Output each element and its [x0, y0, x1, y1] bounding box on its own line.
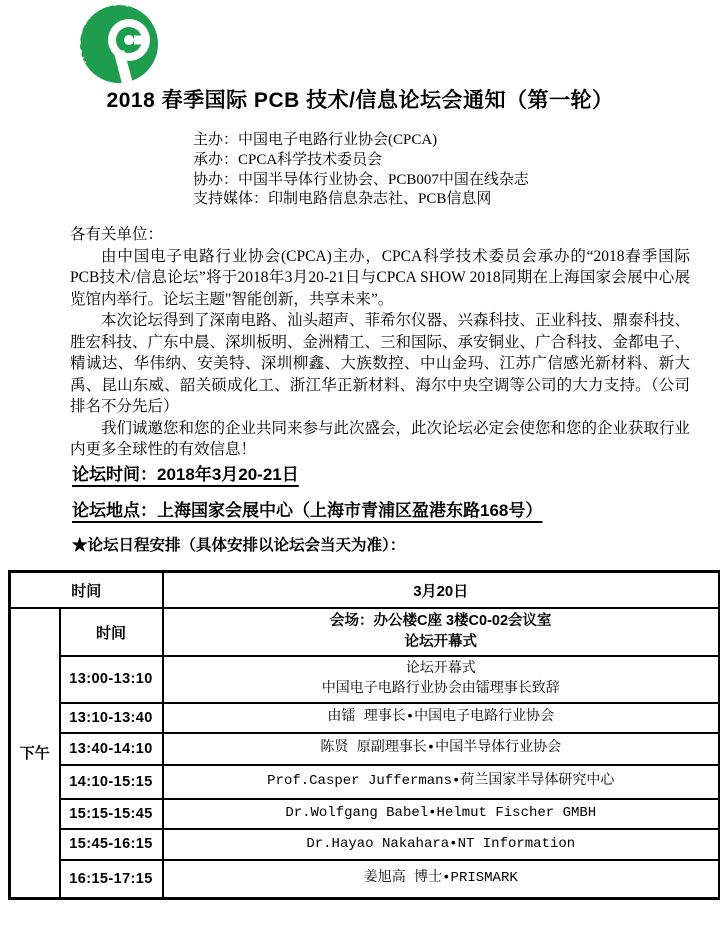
organizer-line-coorganizer: 协办：中国半导体行业协会、PCB007中国在线杂志 [193, 171, 673, 191]
agenda-row: 15:15-15:45 Dr.Wolfgang Babel•Helmut Fis… [10, 799, 720, 829]
time-column-header: 时间 [10, 572, 163, 609]
agenda-content: Prof.Casper Juffermans•荷兰国家半导体研究中心 [163, 765, 720, 799]
agenda-time: 13:10-13:40 [60, 703, 163, 733]
venue-line1: 会场：办公楼C座 3楼C0-02会议室 [168, 611, 715, 632]
agenda-time: 15:15-15:45 [60, 799, 163, 829]
agenda-row: 13:00-13:10 论坛开幕式 中国电子电路行业协会由镭理事长致辞 [10, 656, 720, 703]
salutation: 各有关单位： [70, 224, 690, 246]
agenda-time: 13:00-13:10 [60, 656, 163, 703]
agenda-time: 16:15-17:15 [60, 860, 163, 899]
organizer-line-undertaker: 承办：CPCA科学技术委员会 [193, 151, 673, 171]
table-header-row: 时间 3月20日 [10, 572, 720, 609]
agenda-time: 15:45-16:15 [60, 829, 163, 860]
agenda-content: Dr.Hayao Nakahara•NT Information [163, 829, 720, 860]
body-paragraph-sponsors: 本次论坛得到了深南电路、汕头超声、菲希尔仪器、兴森科技、正业科技、鼎泰科技、胜宏… [70, 310, 690, 418]
date-header: 3月20日 [163, 572, 720, 609]
agenda-content: 由镭 理事长•中国电子电路行业协会 [163, 703, 720, 733]
page-title: 2018 春季国际 PCB 技术/信息论坛会通知（第一轮） [0, 84, 720, 114]
sub-time-header: 时间 [60, 608, 163, 656]
agenda-content-line2: 中国电子电路行业协会由镭理事长致辞 [168, 679, 715, 699]
organizer-line-media: 支持媒体：印制电路信息杂志社、PCB信息网 [193, 190, 673, 210]
agenda-content: 陈贤 原副理事长•中国半导体行业协会 [163, 733, 720, 765]
agenda-heading: ★论坛日程安排（具体安排以论坛会当天为准）： [72, 533, 405, 555]
agenda-content-line1: 论坛开幕式 [168, 659, 715, 679]
venue-cell: 会场：办公楼C座 3楼C0-02会议室 论坛开幕式 [163, 608, 720, 656]
document-page: ASSOCIATION 2018 春季国际 PCB 技术/信息论坛会通知（第一轮… [0, 0, 720, 940]
agenda-row: 16:15-17:15 姜旭高 博士•PRISMARK [10, 860, 720, 899]
agenda-row: 15:45-16:15 Dr.Hayao Nakahara•NT Informa… [10, 829, 720, 860]
agenda-content: 姜旭高 博士•PRISMARK [163, 860, 720, 899]
forum-time-line: 论坛时间：2018年3月20-21日 [72, 460, 299, 485]
agenda-table: 时间 3月20日 下午 时间 会场：办公楼C座 3楼C0-02会议室 论坛开幕式… [8, 570, 720, 900]
agenda-row: 13:10-13:40 由镭 理事长•中国电子电路行业协会 [10, 703, 720, 733]
venue-row: 下午 时间 会场：办公楼C座 3楼C0-02会议室 论坛开幕式 [10, 608, 720, 656]
letter-body: 各有关单位： 由中国电子电路行业协会(CPCA)主办，CPCA科学技术委员会承办… [70, 224, 690, 468]
agenda-row: 14:10-15:15 Prof.Casper Juffermans•荷兰国家半… [10, 765, 720, 799]
agenda-time: 14:10-15:15 [60, 765, 163, 799]
body-paragraph-invitation: 我们诚邀您和您的企业共同来参与此次盛会，此次论坛必定会使您和您的企业获取行业内更… [70, 418, 690, 461]
body-paragraph-intro: 由中国电子电路行业协会(CPCA)主办，CPCA科学技术委员会承办的“2018春… [70, 246, 690, 311]
agenda-content: 论坛开幕式 中国电子电路行业协会由镭理事长致辞 [163, 656, 720, 703]
organizer-block: 主办：中国电子电路行业协会(CPCA) 承办：CPCA科学技术委员会 协办：中国… [193, 131, 673, 210]
agenda-row: 13:40-14:10 陈贤 原副理事长•中国半导体行业协会 [10, 733, 720, 765]
forum-location-line: 论坛地点：上海国家会展中心（上海市青浦区盈港东路168号） [72, 496, 542, 521]
venue-line2: 论坛开幕式 [168, 632, 715, 653]
agenda-content: Dr.Wolfgang Babel•Helmut Fischer GMBH [163, 799, 720, 829]
agenda-time: 13:40-14:10 [60, 733, 163, 765]
organizer-line-host: 主办：中国电子电路行业协会(CPCA) [193, 131, 673, 151]
period-label: 下午 [10, 608, 60, 898]
